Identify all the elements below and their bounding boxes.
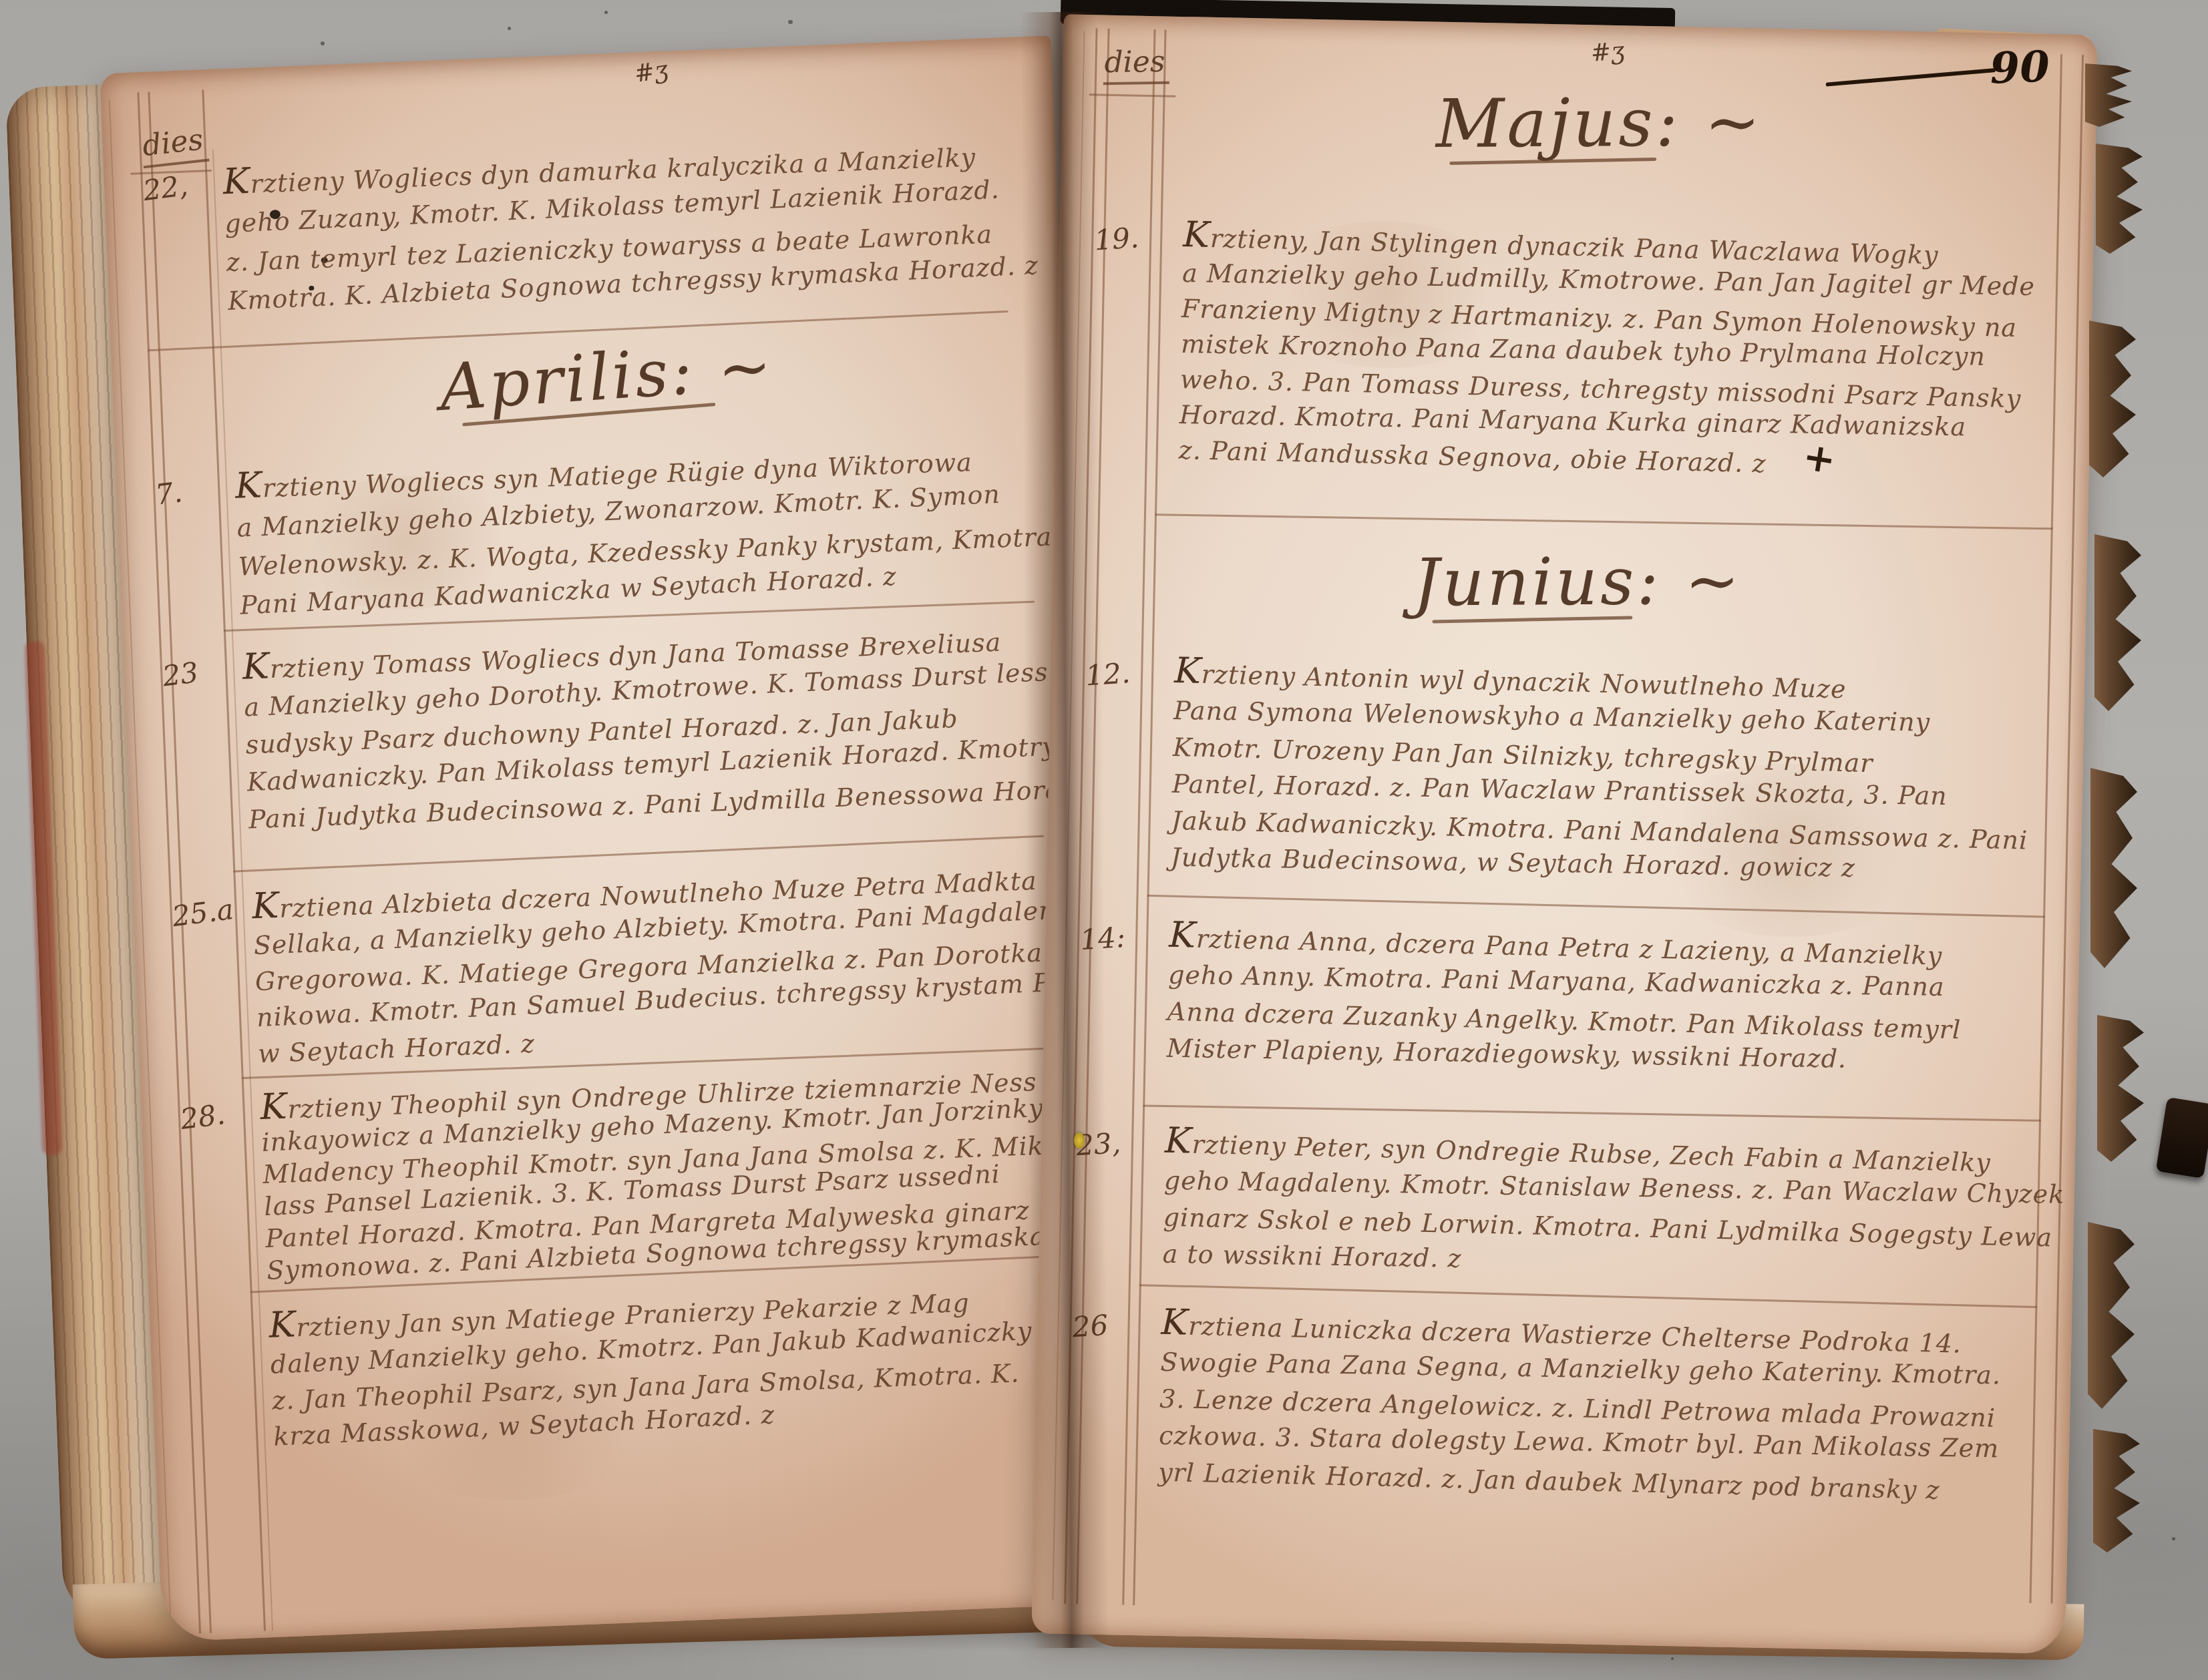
month-header-text: Majus: ~ [1436,83,1764,163]
entry-day-number: 28. [178,1093,262,1136]
register-entry: 14: Krztiena Anna, dczera Pana Petra z L… [1046,914,2080,935]
register-entry: 19. Krztieny, Jan Stylingen dynaczik Pan… [1060,214,2094,235]
dies-column-label: dies [1103,45,1169,85]
entry-separator-line [1147,895,2045,918]
dust-speck [604,11,608,14]
page-number-flourish [1826,68,1996,87]
register-entry: 23, Krztieny Peter, syn Ondregie Rubse, … [1042,1120,2076,1140]
gutter-debris [1074,1132,1085,1148]
entry-text: Krztieny, Jan Stylingen dynaczik Pana Wa… [1178,217,2051,485]
entry-text: Krztiena Anna, dczera Pana Petra z Lazie… [1166,917,2037,1084]
register-entry: 22, Krztieny Wogliecs dyn damurka kralyc… [104,129,1055,167]
left-manuscript-page: dies #ʒ 22, Krztieny Wogliecs dyn damurk… [100,35,1113,1641]
quire-corner-mark: #ʒ [632,56,670,88]
entry-day-number: 23 [161,650,244,693]
entry-text: Krztieny Jan syn Matiege Pranierzy Pekar… [268,1275,1082,1454]
entry-text: Krztieny Wogliecs dyn damurka kralyczika… [222,130,1037,321]
register-entry: 12. Krztieny Antonin wyl dynaczik Nowutl… [1051,650,2085,670]
dust-speck [788,20,793,24]
entry-separator-line [1139,1284,2038,1308]
dust-speck [2172,1537,2175,1540]
book-gutter-shadow [1020,12,1109,1649]
margin-ruling-line [202,89,266,1631]
entry-day-number [188,1309,268,1319]
month-header-junius: Junius: ~ [1413,543,1742,622]
month-header-majus: Majus: ~ [1436,83,1764,164]
entry-text: Krztieny Theophil syn Ondrege Uhlirze tz… [260,1059,1075,1287]
entry-text: Krztieny Tomass Wogliecs dyn Jana Tomass… [242,616,1057,838]
dust-speck [508,27,511,30]
page-number: 90 [1989,42,2050,94]
month-header-aprilis: Aprilis: ~ [437,329,777,426]
quire-corner-mark: #ʒ [1590,37,1626,67]
month-header-text: Junius: ~ [1413,543,1742,621]
dust-speck [321,41,325,45]
right-manuscript-page: dies #ʒ 90 Majus: ~ 19. Krztieny, Jan St… [1031,14,2097,1654]
dies-column-label: dies [140,122,210,168]
register-entry: 25.a Krztiena Alzbieta dczera Nowutlneho… [133,855,1084,893]
entry-day-number: 19. [1093,219,1175,257]
margin-ruling-line [148,92,212,1633]
entry-day-number: 22, [141,164,224,207]
entry-day-number: 7. [154,469,237,511]
entry-separator-line [1155,513,2053,530]
entry-separator-line [1143,1104,2041,1121]
entry-text: Krztieny Wogliecs syn Matiege Rügie dyna… [234,434,1049,624]
register-entry: 7. Krztieny Wogliecs syn Matiege Rügie d… [116,433,1067,471]
entry-day-number: 25.a [170,890,254,933]
entry-text: Krztiena Luniczka dczera Wastierze Chelt… [1158,1304,2030,1508]
entry-text: Krztiena Alzbieta dczera Nowutlneho Muze… [251,856,1066,1072]
entry-text: Krztieny Peter, syn Ondregie Rubse, Zech… [1162,1122,2033,1290]
entry-text: Krztieny Antonin wyl dynaczik Nowutlneho… [1170,652,2042,893]
